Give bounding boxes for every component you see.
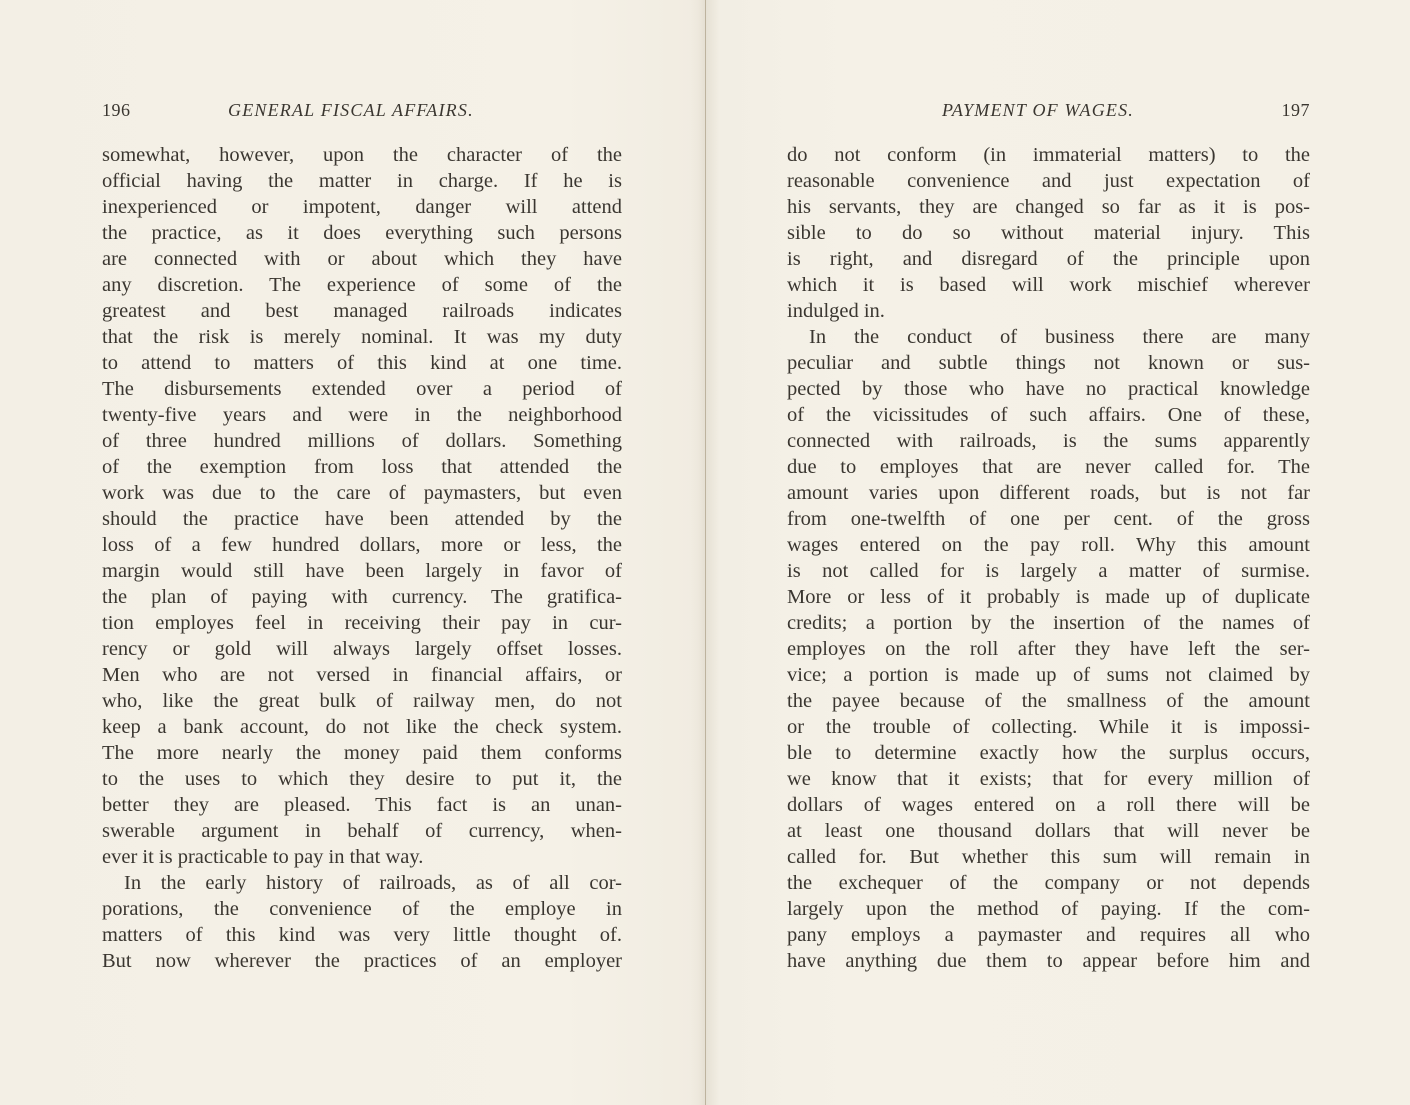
text-line: we know that it exists; that for every m… [787, 766, 1310, 792]
text-line: reasonable convenience and just expectat… [787, 168, 1310, 194]
text-line: greatest and best managed railroads indi… [102, 298, 622, 324]
text-line: somewhat, however, upon the character of… [102, 142, 622, 168]
text-line: are connected with or about which they h… [102, 246, 622, 272]
text-line: pected by those who have no practical kn… [787, 376, 1310, 402]
text-line: the plan of paying with currency. The gr… [102, 584, 622, 610]
text-line: largely upon the method of paying. If th… [787, 896, 1310, 922]
text-line: which it is based will work mischief whe… [787, 272, 1310, 298]
text-line: the exchequer of the company or not depe… [787, 870, 1310, 896]
text-line: In the conduct of business there are man… [787, 324, 1310, 350]
text-line: indulged in. [787, 298, 1310, 324]
text-line: due to employes that are never called fo… [787, 454, 1310, 480]
text-line: do not conform (in immaterial matters) t… [787, 142, 1310, 168]
text-line: Men who are not versed in financial affa… [102, 662, 622, 688]
book-spread: 196 GENERAL FISCAL AFFAIRS. somewhat, ho… [0, 0, 1410, 1105]
text-line: But now wherever the practices of an emp… [102, 948, 622, 974]
text-line: In the early history of railroads, as of… [102, 870, 622, 896]
page-number: 197 [1282, 100, 1311, 121]
text-line: loss of a few hundred dollars, more or l… [102, 532, 622, 558]
text-line: have anything due them to appear before … [787, 948, 1310, 974]
text-line: The more nearly the money paid them conf… [102, 740, 622, 766]
text-line: work was due to the care of paymasters, … [102, 480, 622, 506]
text-line: dollars of wages entered on a roll there… [787, 792, 1310, 818]
text-line: better they are pleased. This fact is an… [102, 792, 622, 818]
body-text: do not conform (in immaterial matters) t… [787, 142, 1310, 974]
text-line: margin would still have been largely in … [102, 558, 622, 584]
text-line: of three hundred millions of dollars. So… [102, 428, 622, 454]
text-line: his servants, they are changed so far as… [787, 194, 1310, 220]
running-head: 196 GENERAL FISCAL AFFAIRS. [102, 100, 622, 124]
text-line: swerable argument in behalf of currency,… [102, 818, 622, 844]
text-line: connected with railroads, is the sums ap… [787, 428, 1310, 454]
text-line: the payee because of the smallness of th… [787, 688, 1310, 714]
left-page: 196 GENERAL FISCAL AFFAIRS. somewhat, ho… [102, 0, 622, 1105]
text-line: rency or gold will always largely offset… [102, 636, 622, 662]
text-line: credits; a portion by the insertion of t… [787, 610, 1310, 636]
text-line: who, like the great bulk of railway men,… [102, 688, 622, 714]
text-line: at least one thousand dollars that will … [787, 818, 1310, 844]
running-head-title: GENERAL FISCAL AFFAIRS. [228, 100, 474, 121]
text-line: keep a bank account, do not like the che… [102, 714, 622, 740]
text-line: called for. But whether this sum will re… [787, 844, 1310, 870]
text-line: sible to do so without material injury. … [787, 220, 1310, 246]
text-line: ble to determine exactly how the surplus… [787, 740, 1310, 766]
text-line: tion employes feel in receiving their pa… [102, 610, 622, 636]
page-number: 196 [102, 100, 131, 121]
text-line: employes on the roll after they have lef… [787, 636, 1310, 662]
text-line: is right, and disregard of the principle… [787, 246, 1310, 272]
text-line: of the vicissitudes of such affairs. One… [787, 402, 1310, 428]
text-line: inexperienced or impotent, danger will a… [102, 194, 622, 220]
text-line: to attend to matters of this kind at one… [102, 350, 622, 376]
text-line: More or less of it probably is made up o… [787, 584, 1310, 610]
text-line: that the risk is merely nominal. It was … [102, 324, 622, 350]
text-line: wages entered on the pay roll. Why this … [787, 532, 1310, 558]
text-line: peculiar and subtle things not known or … [787, 350, 1310, 376]
right-page: PAYMENT OF WAGES. 197 do not conform (in… [787, 0, 1310, 1105]
gutter-line [705, 0, 706, 1105]
text-line: any discretion. The experience of some o… [102, 272, 622, 298]
body-text: somewhat, however, upon the character of… [102, 142, 622, 974]
text-line: pany employs a paymaster and requires al… [787, 922, 1310, 948]
running-head-title: PAYMENT OF WAGES. [942, 100, 1134, 121]
text-line: to the uses to which they desire to put … [102, 766, 622, 792]
text-line: from one-twelfth of one per cent. of the… [787, 506, 1310, 532]
text-line: or the trouble of collecting. While it i… [787, 714, 1310, 740]
text-line: should the practice have been attended b… [102, 506, 622, 532]
text-line: of the exemption from loss that attended… [102, 454, 622, 480]
text-line: amount varies upon different roads, but … [787, 480, 1310, 506]
text-line: is not called for is largely a matter of… [787, 558, 1310, 584]
text-line: twenty-five years and were in the neighb… [102, 402, 622, 428]
text-line: The disbursements extended over a period… [102, 376, 622, 402]
text-line: the practice, as it does everything such… [102, 220, 622, 246]
text-line: vice; a portion is made up of sums not c… [787, 662, 1310, 688]
text-line: official having the matter in charge. If… [102, 168, 622, 194]
running-head: PAYMENT OF WAGES. 197 [787, 100, 1310, 124]
text-line: porations, the convenience of the employ… [102, 896, 622, 922]
text-line: ever it is practicable to pay in that wa… [102, 844, 622, 870]
text-line: matters of this kind was very little tho… [102, 922, 622, 948]
